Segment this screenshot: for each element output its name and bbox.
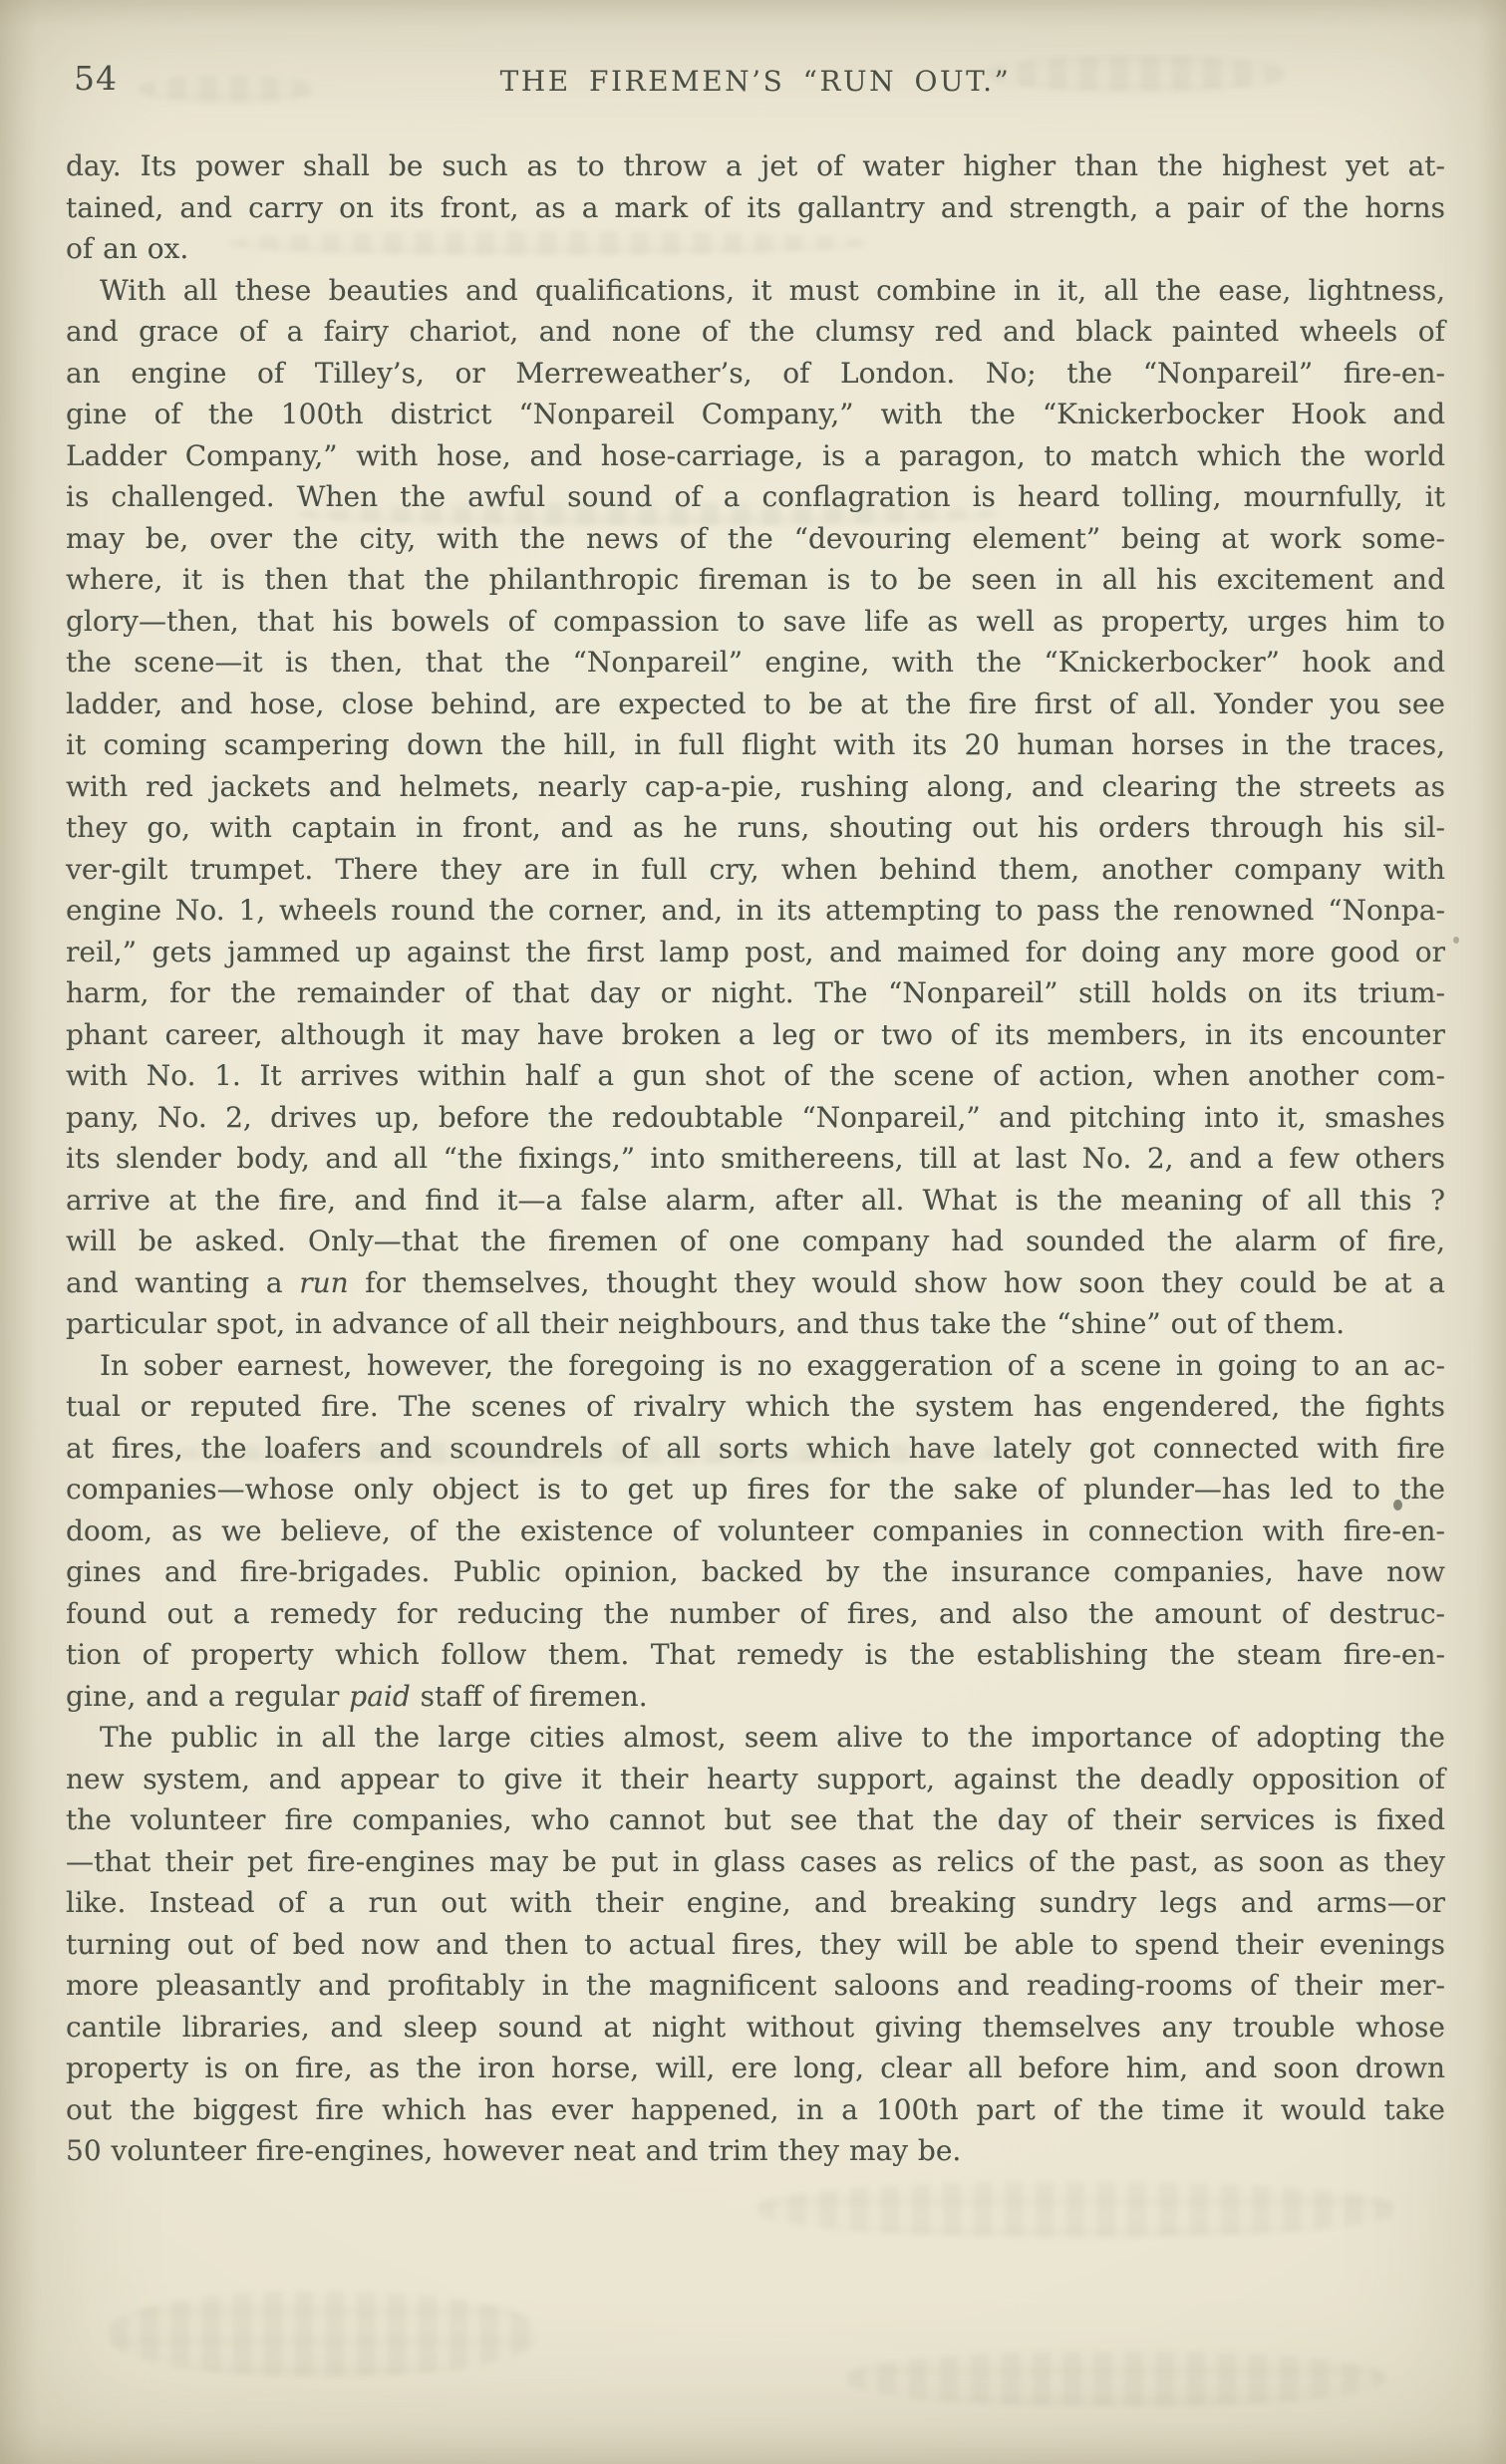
text-line: phant career, although it may have broke… <box>66 1014 1445 1056</box>
showthrough-smudge <box>847 2351 1385 2406</box>
text-line: and grace of a fairy chariot, and none o… <box>66 311 1445 353</box>
text-line: it coming scampering down the hill, in f… <box>66 724 1445 766</box>
text-line: may be, over the city, with the news of … <box>66 518 1445 560</box>
text-line: with red jackets and helmets, nearly cap… <box>66 766 1445 808</box>
text-line: particular spot, in advance of all their… <box>66 1303 1445 1345</box>
text-line: an engine of Tilley’s, or Merreweather’s… <box>66 353 1445 395</box>
book-page: 54 THE FIREMEN’S “RUN OUT.” day. Its pow… <box>0 0 1506 2464</box>
running-header: THE FIREMEN’S “RUN OUT.” <box>66 68 1445 96</box>
text-line: like. Instead of a run out with their en… <box>66 1882 1445 1924</box>
showthrough-smudge <box>110 2292 538 2376</box>
text-line: engine No. 1, wheels round the corner, a… <box>66 890 1445 932</box>
text-line: cantile libraries, and sleep sound at ni… <box>66 2007 1445 2049</box>
text-line: out the biggest fire which has ever happ… <box>66 2089 1445 2131</box>
text-line: In sober earnest, however, the foregoing… <box>66 1345 1445 1387</box>
text-line: is challenged. When the awful sound of a… <box>66 476 1445 518</box>
text-line: day. Its power shall be such as to throw… <box>66 145 1445 187</box>
text-line: glory—then, that his bowels of compassio… <box>66 601 1445 643</box>
text-line: the volunteer fire companies, who cannot… <box>66 1799 1445 1841</box>
text-line: reil,” gets jammed up against the first … <box>66 932 1445 973</box>
text-line: 50 volunteer fire-engines, however neat … <box>66 2130 1445 2172</box>
text-line: of an ox. <box>66 228 1445 270</box>
text-line: at fires, the loafers and scoundrels of … <box>66 1428 1445 1470</box>
text-line: where, it is then that the philanthropic… <box>66 559 1445 601</box>
text-line: property is on fire, as the iron horse, … <box>66 2048 1445 2089</box>
text-line: The public in all the large cities almos… <box>66 1717 1445 1759</box>
text-line: doom, as we believe, of the existence of… <box>66 1510 1445 1552</box>
text-line: With all these beauties and qualificatio… <box>66 270 1445 312</box>
text-block: day. Its power shall be such as to throw… <box>66 145 1445 2172</box>
text-line: found out a remedy for reducing the numb… <box>66 1593 1445 1635</box>
text-line: they go, with captain in front, and as h… <box>66 807 1445 849</box>
text-line: companies—whose only object is to get up… <box>66 1469 1445 1510</box>
text-line: will be asked. Only—that the firemen of … <box>66 1221 1445 1262</box>
text-line: gine of the 100th district “Nonpareil Co… <box>66 394 1445 435</box>
text-line: and wanting a run for themselves, though… <box>66 1262 1445 1304</box>
ink-speck <box>1453 937 1459 944</box>
text-line: more pleasantly and profitably in the ma… <box>66 1965 1445 2007</box>
text-line: new system, and appear to give it their … <box>66 1759 1445 1800</box>
text-line: turning out of bed now and then to actua… <box>66 1924 1445 1966</box>
text-line: the scene—it is then, that the “Nonparei… <box>66 642 1445 684</box>
showthrough-smudge <box>757 2182 1395 2237</box>
text-line: tained, and carry on its front, as a mar… <box>66 187 1445 229</box>
text-line: its slender body, and all “the fixings,”… <box>66 1138 1445 1180</box>
text-line: pany, No. 2, drives up, before the redou… <box>66 1097 1445 1139</box>
text-line: harm, for the remainder of that day or n… <box>66 972 1445 1014</box>
text-line: gine, and a regular paid staff of fireme… <box>66 1676 1445 1718</box>
text-line: —that their pet fire-engines may be put … <box>66 1841 1445 1883</box>
text-line: tual or reputed fire. The scenes of riva… <box>66 1386 1445 1428</box>
text-line: with No. 1. It arrives within half a gun… <box>66 1055 1445 1097</box>
text-line: tion of property which follow them. That… <box>66 1634 1445 1676</box>
text-line: ver-gilt trumpet. There they are in full… <box>66 849 1445 891</box>
text-line: arrive at the fire, and find it—a false … <box>66 1180 1445 1222</box>
text-line: Ladder Company,” with hose, and hose-car… <box>66 435 1445 477</box>
text-line: gines and fire-brigades. Public opinion,… <box>66 1551 1445 1593</box>
text-line: ladder, and hose, close behind, are expe… <box>66 684 1445 725</box>
